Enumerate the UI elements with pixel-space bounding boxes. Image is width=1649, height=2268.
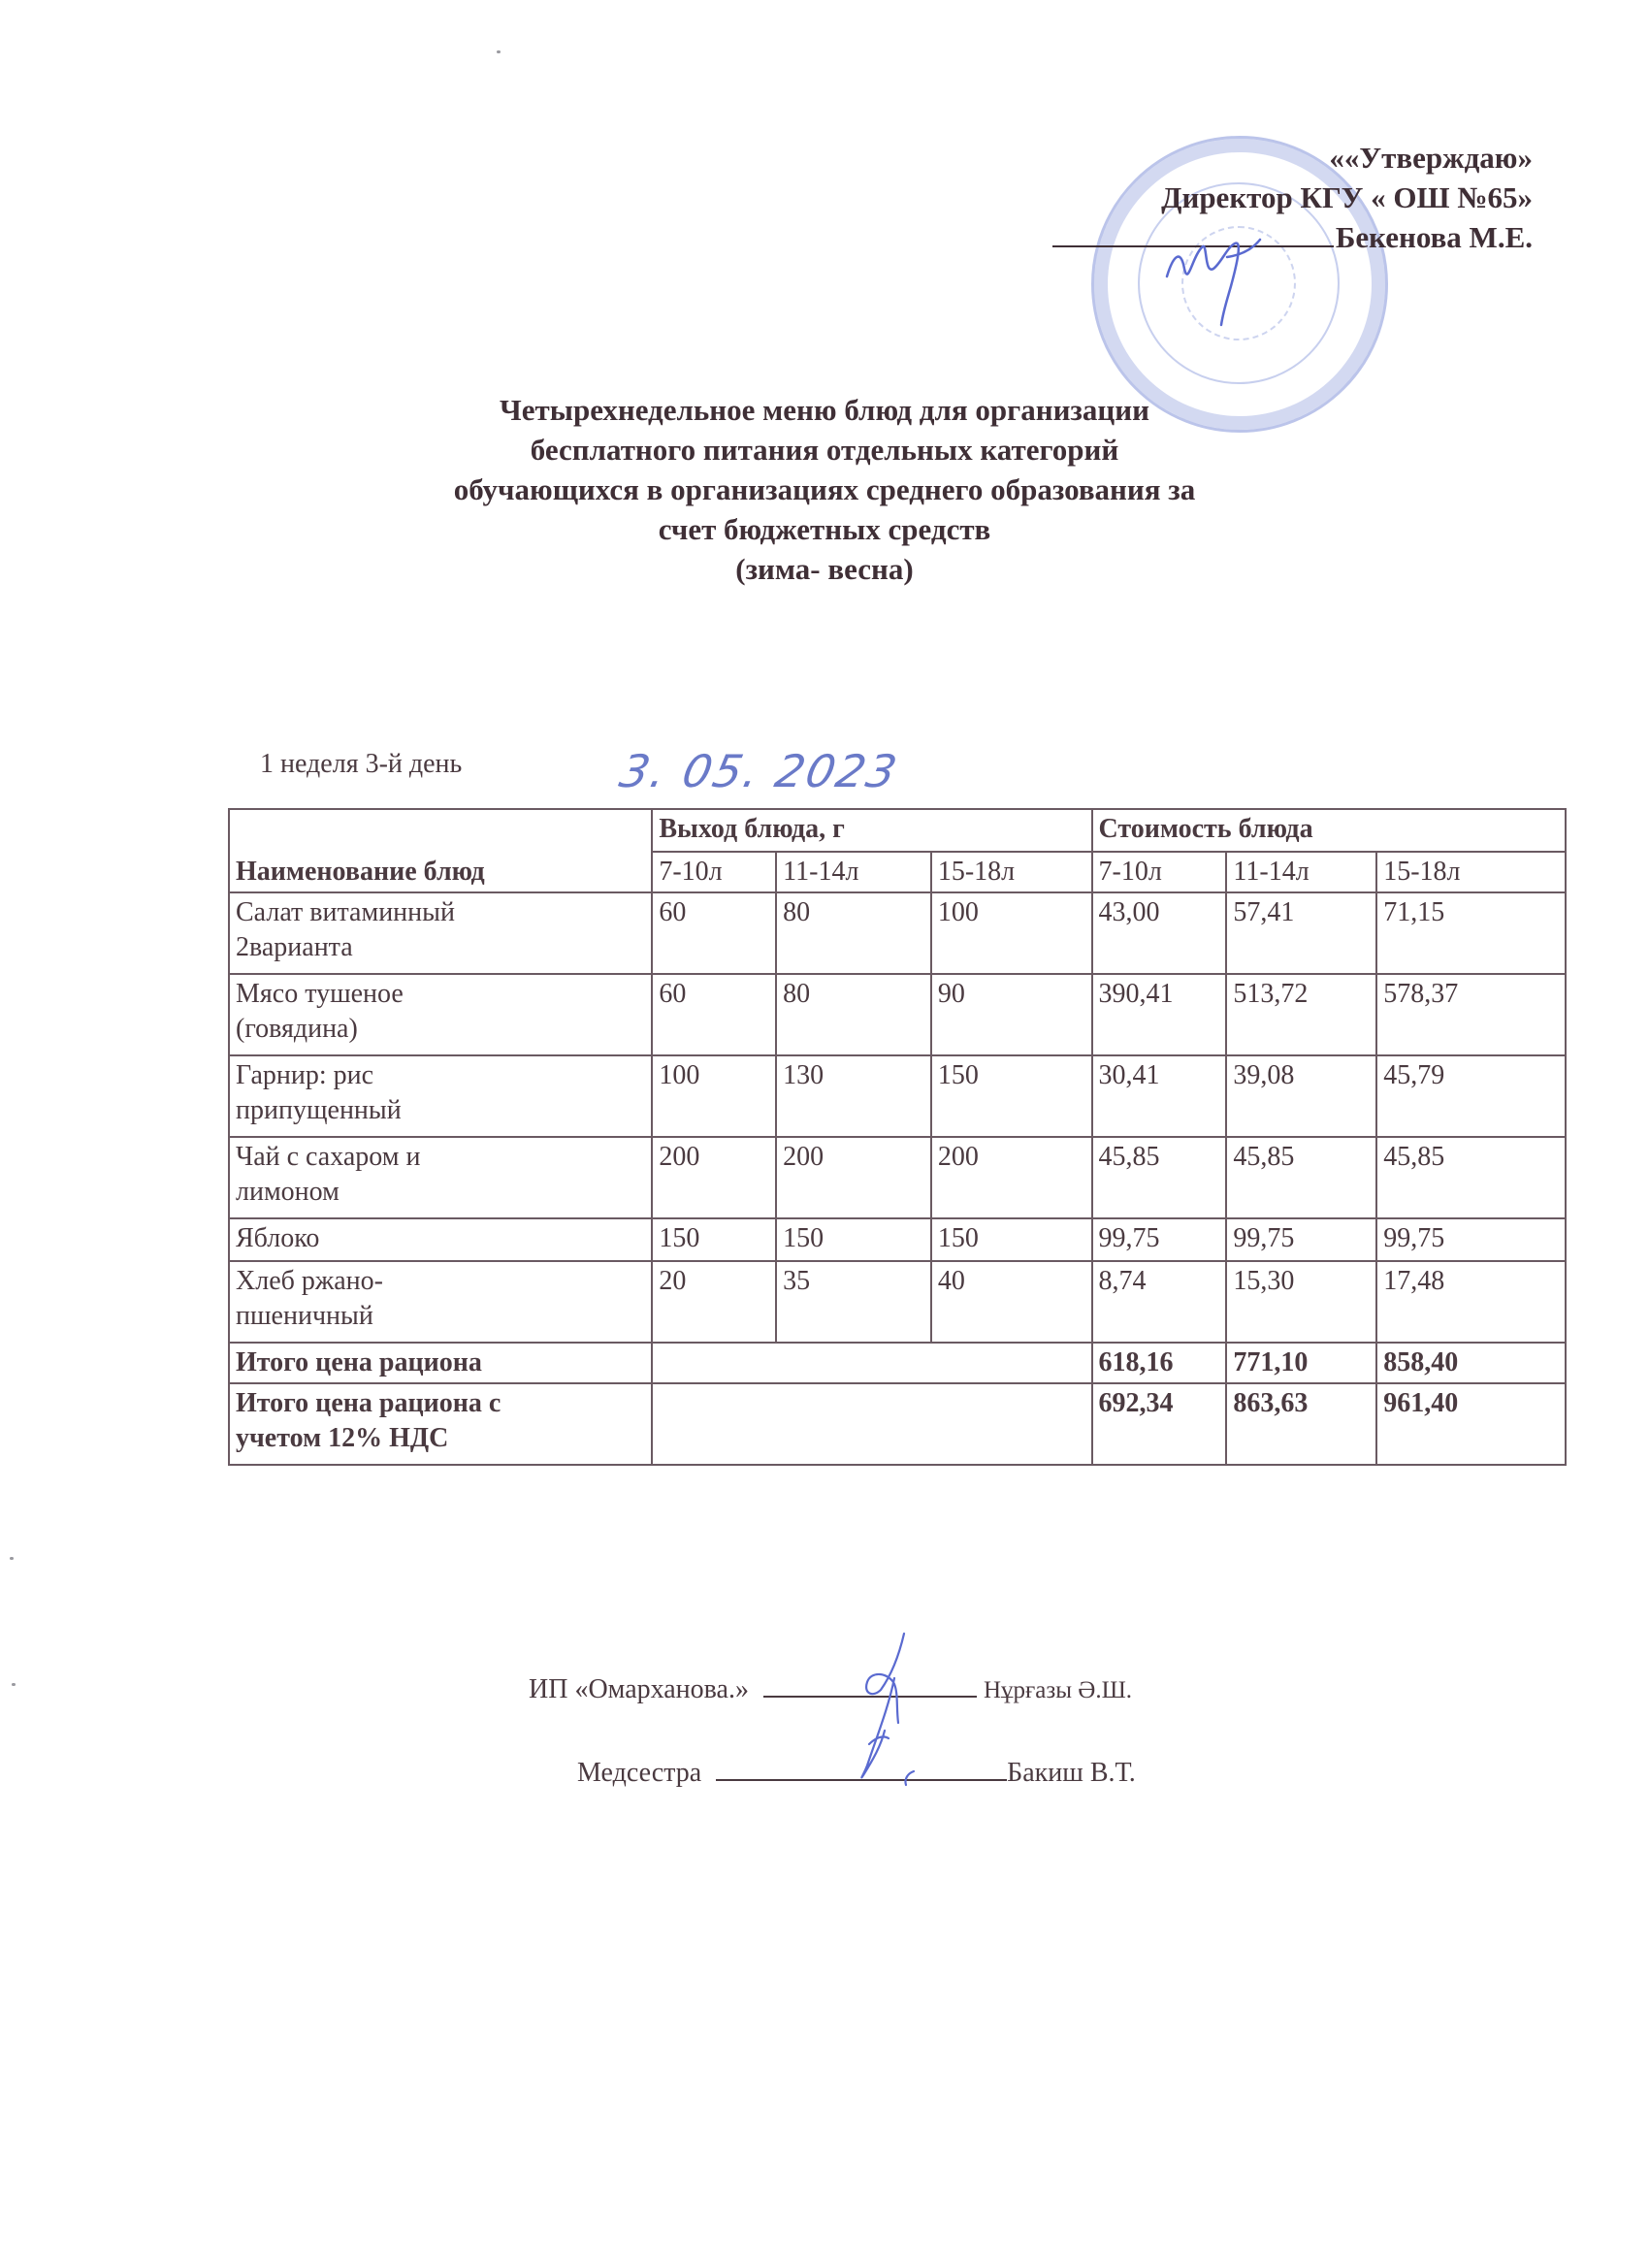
approval-director: Директор КГУ « ОШ №65» — [1052, 178, 1533, 217]
document-title: Четырехнедельное меню блюд для организац… — [0, 390, 1649, 589]
cost-cell: 513,72 — [1226, 974, 1376, 1055]
supplier-label: ИП «Омарханова.» — [529, 1674, 749, 1704]
handwritten-date: 3. 05. 2023 — [615, 745, 903, 797]
dish-name-line: Хлеб ржано- — [236, 1264, 645, 1299]
total-label: Итого цена рациона — [229, 1343, 652, 1383]
approval-heading: ««Утверждаю» — [1052, 138, 1533, 178]
cost-cell: 8,74 — [1092, 1261, 1227, 1343]
table-row: Салат витаминный2варианта608010043,0057,… — [229, 892, 1566, 974]
empty-cell — [652, 1343, 1091, 1383]
title-line-4: счет бюджетных средств — [0, 509, 1649, 549]
cost-cell: 15,30 — [1226, 1261, 1376, 1343]
table-row: Яблоко15015015099,7599,7599,75 — [229, 1218, 1566, 1261]
cost-cell: 45,85 — [1092, 1137, 1227, 1218]
dish-name-line: (говядина) — [236, 1012, 645, 1047]
table-row-total: Итого цена рациона 618,16 771,10 858,40 — [229, 1343, 1566, 1383]
title-line-2: бесплатного питания отдельных категорий — [0, 430, 1649, 470]
table-row: Гарнир: рисприпущенный10013015030,4139,0… — [229, 1055, 1566, 1137]
scan-speck — [497, 50, 501, 53]
table-row-total-vat: Итого цена рациона с учетом 12% НДС 692,… — [229, 1383, 1566, 1465]
yield-cell: 90 — [931, 974, 1092, 1055]
yield-cell: 100 — [931, 892, 1092, 974]
column-header-yield-age: 7-10л — [652, 852, 776, 892]
approval-block: ««Утверждаю» Директор КГУ « ОШ №65» Беке… — [1052, 138, 1533, 257]
dish-name-line: Яблоко — [236, 1221, 645, 1256]
dish-name: Яблоко — [229, 1218, 652, 1261]
cost-cell: 17,48 — [1376, 1261, 1566, 1343]
dish-name-line: лимоном — [236, 1175, 645, 1210]
dish-name-line: Мясо тушеное — [236, 977, 645, 1012]
yield-cell: 80 — [776, 974, 931, 1055]
dish-name: Хлеб ржано-пшеничный — [229, 1261, 652, 1343]
supplier-signature-icon — [834, 1630, 941, 1795]
menu-table: Наименование блюд Выход блюда, г Стоимос… — [228, 808, 1567, 1466]
approval-signer: Бекенова М.Е. — [1336, 220, 1533, 254]
column-header-cost-age: 7-10л — [1092, 852, 1227, 892]
column-group-cost: Стоимость блюда — [1092, 809, 1566, 852]
cost-cell: 578,37 — [1376, 974, 1566, 1055]
yield-cell: 80 — [776, 892, 931, 974]
cost-cell: 99,75 — [1092, 1218, 1227, 1261]
dish-name: Гарнир: рисприпущенный — [229, 1055, 652, 1137]
table-row: Мясо тушеное(говядина)608090390,41513,72… — [229, 974, 1566, 1055]
total-cost: 771,10 — [1226, 1343, 1376, 1383]
column-group-yield: Выход блюда, г — [652, 809, 1091, 852]
dish-name-line: пшеничный — [236, 1299, 645, 1334]
dish-name-line: Гарнир: рис — [236, 1058, 645, 1093]
dish-name-line: 2варианта — [236, 930, 645, 965]
nurse-name: Бакиш В.Т. — [1007, 1758, 1136, 1788]
yield-cell: 100 — [652, 1055, 776, 1137]
yield-cell: 60 — [652, 974, 776, 1055]
yield-cell: 20 — [652, 1261, 776, 1343]
yield-cell: 150 — [776, 1218, 931, 1261]
column-header-yield-age: 11-14л — [776, 852, 931, 892]
dish-name-line: Салат витаминный — [236, 895, 645, 930]
empty-cell — [652, 1383, 1091, 1465]
scan-speck — [12, 1683, 16, 1686]
table-row: Хлеб ржано-пшеничный2035408,7415,3017,48 — [229, 1261, 1566, 1343]
yield-cell: 40 — [931, 1261, 1092, 1343]
title-line-1: Четырехнедельное меню блюд для организац… — [0, 390, 1649, 430]
total-vat-cost: 863,63 — [1226, 1383, 1376, 1465]
yield-cell: 130 — [776, 1055, 931, 1137]
column-header-cost-age: 11-14л — [1226, 852, 1376, 892]
total-vat-label-line: Итого цена рациона с — [236, 1386, 645, 1421]
supplier-name: Нұрғазы Ә.Ш. — [984, 1677, 1132, 1703]
yield-cell: 150 — [652, 1218, 776, 1261]
cost-cell: 99,75 — [1376, 1218, 1566, 1261]
cost-cell: 45,79 — [1376, 1055, 1566, 1137]
table-row: Чай с сахаром илимоном20020020045,8545,8… — [229, 1137, 1566, 1218]
dish-name: Мясо тушеное(говядина) — [229, 974, 652, 1055]
cost-cell: 71,15 — [1376, 892, 1566, 974]
dish-name: Салат витаминный2варианта — [229, 892, 652, 974]
total-vat-label-line: учетом 12% НДС — [236, 1421, 645, 1456]
nurse-label: Медсестра — [577, 1758, 701, 1788]
cost-cell: 390,41 — [1092, 974, 1227, 1055]
supplier-signature-row: ИП «Омарханова.» Нұрғазы Ә.Ш. — [529, 1670, 1132, 1705]
total-vat-cost: 692,34 — [1092, 1383, 1227, 1465]
total-cost: 618,16 — [1092, 1343, 1227, 1383]
cost-cell: 45,85 — [1376, 1137, 1566, 1218]
cost-cell: 30,41 — [1092, 1055, 1227, 1137]
total-cost: 858,40 — [1376, 1343, 1566, 1383]
approval-signer-row: Бекенова М.Е. — [1052, 217, 1533, 257]
title-line-5: (зима- весна) — [0, 549, 1649, 589]
cost-cell: 43,00 — [1092, 892, 1227, 974]
total-vat-label: Итого цена рациона с учетом 12% НДС — [229, 1383, 652, 1465]
yield-cell: 35 — [776, 1261, 931, 1343]
column-header-dish-name: Наименование блюд — [229, 809, 652, 892]
dish-name: Чай с сахаром илимоном — [229, 1137, 652, 1218]
total-vat-cost: 961,40 — [1376, 1383, 1566, 1465]
scan-speck — [10, 1557, 14, 1560]
column-header-yield-age: 15-18л — [931, 852, 1092, 892]
yield-cell: 60 — [652, 892, 776, 974]
yield-cell: 200 — [931, 1137, 1092, 1218]
yield-cell: 200 — [652, 1137, 776, 1218]
column-header-cost-age: 15-18л — [1376, 852, 1566, 892]
dish-name-line: припущенный — [236, 1093, 645, 1128]
director-signature-icon — [1159, 218, 1276, 335]
cost-cell: 39,08 — [1226, 1055, 1376, 1137]
cost-cell: 57,41 — [1226, 892, 1376, 974]
cost-cell: 99,75 — [1226, 1218, 1376, 1261]
yield-cell: 150 — [931, 1218, 1092, 1261]
dish-name-line: Чай с сахаром и — [236, 1140, 645, 1175]
day-label: 1 неделя 3-й день — [260, 749, 462, 780]
title-line-3: обучающихся в организациях среднего обра… — [0, 470, 1649, 509]
yield-cell: 150 — [931, 1055, 1092, 1137]
cost-cell: 45,85 — [1226, 1137, 1376, 1218]
yield-cell: 200 — [776, 1137, 931, 1218]
